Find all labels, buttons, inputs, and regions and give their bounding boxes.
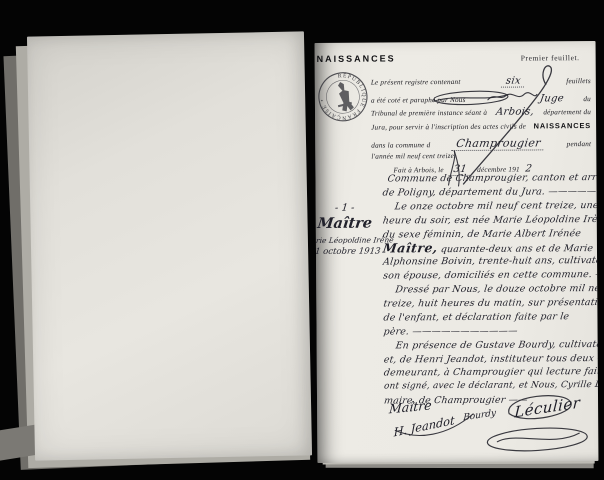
- birth-act-text: Commune de Champrougier, canton et arron…: [381, 171, 595, 409]
- preamble-line: l'année mil neuf cent treize.: [371, 151, 591, 161]
- margin-note: - 1 - Maître Marie Léopoldine Irène 11 o…: [315, 202, 386, 257]
- preamble-line: Tribunal de première instance séant à Ar…: [371, 106, 591, 119]
- margin-given-names: Marie Léopoldine Irène: [315, 235, 387, 245]
- preamble-line: Le présent registre contenant six feuill…: [371, 75, 591, 89]
- printed-text: Jura, pour servir à l'inscription des ac…: [371, 123, 526, 132]
- act-line: Commune de Champrougier, canton et arron…: [382, 171, 596, 186]
- printed-text: l'année mil neuf cent treize.: [371, 152, 456, 161]
- printed-text: a été coté et paraphé par Nous: [371, 96, 466, 105]
- handwritten-commune: Champrougier: [451, 136, 546, 151]
- printed-text: du: [583, 95, 591, 103]
- printed-text: pendant: [567, 140, 592, 148]
- republique-francaise-seal-icon: RÉPUBLIQUE FRANÇAISE •: [315, 65, 375, 128]
- handwritten-folio-count: six: [501, 76, 526, 88]
- printed-text: feuillets: [566, 77, 591, 85]
- signature-witness-bourdy: Bourdy: [463, 408, 496, 423]
- folio-label: Premier feuillet.: [521, 53, 580, 62]
- act-line: de l'enfant, et déclaration faite par le: [383, 310, 597, 325]
- act-line: treize, huit heures du matin, sur présen…: [382, 296, 596, 311]
- judge-signature: Juge: [485, 91, 563, 105]
- signature-witness-jeandot: H. Jeandot: [394, 413, 455, 440]
- act-line: heure du soir, est née Marie Léopoldine …: [382, 213, 596, 228]
- act-line: de Poligny, département du Jura. ——————: [382, 185, 596, 200]
- act-line: Le onze octobre mil neuf cent treize, un…: [382, 199, 596, 214]
- seal-figure: [332, 80, 354, 113]
- printed-text: dans la commune d: [371, 141, 430, 149]
- seal-rim-text: RÉPUBLIQUE FRANÇAISE •: [315, 67, 372, 125]
- printed-text: département du: [543, 108, 591, 116]
- father-surname: Maître,: [382, 241, 439, 256]
- printed-text: Tribunal de première instance séant à: [371, 109, 487, 118]
- preamble-line: dans la commune d Champrougier pendant: [371, 136, 591, 152]
- printed-acts-type: NAISSANCES: [534, 121, 592, 130]
- judge-signature-flourish: [485, 91, 537, 101]
- blank-left-page: [27, 31, 312, 460]
- handwritten-judge-title: Juge: [539, 93, 565, 104]
- printed-text: Le présent registre contenant: [371, 78, 461, 87]
- act-number: - 1 -: [315, 202, 387, 214]
- margin-date: 11 octobre 1913: [315, 246, 387, 257]
- svg-text:RÉPUBLIQUE FRANÇAISE •: RÉPUBLIQUE FRANÇAISE •: [315, 67, 372, 125]
- signature-declarant: Maître: [389, 397, 433, 416]
- preamble-line: Jura, pour servir à l'inscription des ac…: [371, 121, 591, 132]
- register-right-page: NAISSANCES Premier feuillet. RÉPUBLIQUE …: [315, 41, 599, 463]
- handwritten-town: Arbois,: [495, 106, 535, 117]
- printed-preamble: Le présent registre contenant six feuill…: [371, 73, 591, 75]
- page-title: NAISSANCES: [317, 53, 396, 64]
- act-line: père. ———————————: [383, 324, 597, 339]
- act-line: En présence de Gustave Bourdy, cultivate…: [383, 338, 597, 353]
- preamble-line: a été coté et paraphé par Nous Juge du: [371, 91, 591, 106]
- margin-surname: Maître: [315, 214, 387, 232]
- scanned-register-spread: NAISSANCES Premier feuillet. RÉPUBLIQUE …: [0, 0, 604, 480]
- act-line: Dressé par Nous, le douze octobre mil ne…: [382, 282, 596, 297]
